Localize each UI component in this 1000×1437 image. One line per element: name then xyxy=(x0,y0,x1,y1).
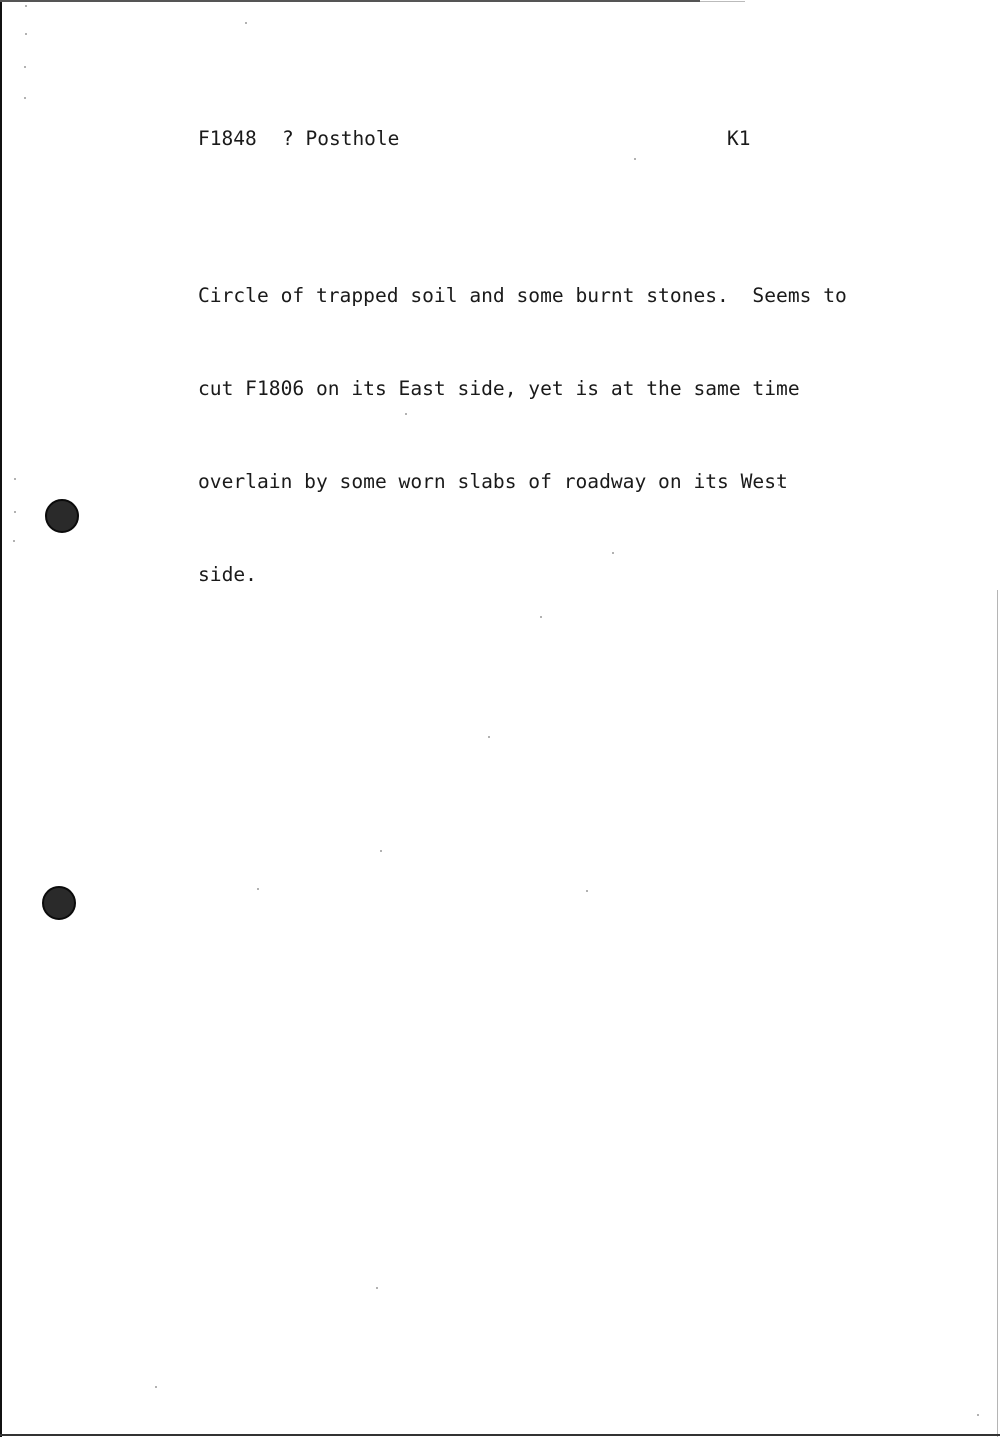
scan-speck xyxy=(25,33,27,35)
scan-edge-left xyxy=(0,0,2,1437)
scan-speck xyxy=(25,5,27,7)
grid-reference: K1 xyxy=(727,126,750,152)
scan-speck xyxy=(155,1386,157,1388)
scan-speck xyxy=(376,1287,378,1289)
scan-speck xyxy=(257,888,259,890)
feature-description: Circle of trapped soil and some burnt st… xyxy=(198,218,898,652)
scan-speck xyxy=(488,736,490,738)
description-line: overlain by some worn slabs of roadway o… xyxy=(198,466,898,497)
scan-speck xyxy=(380,850,382,852)
punch-hole-upper xyxy=(45,499,79,533)
scanned-page: F1848 ? Posthole K1 Circle of trapped so… xyxy=(0,0,1000,1437)
description-line: side. xyxy=(198,559,898,590)
scan-speck xyxy=(24,97,26,99)
punch-hole-lower xyxy=(42,886,76,920)
scan-speck xyxy=(13,540,15,542)
scan-edge-top xyxy=(0,0,700,2)
feature-id: F1848 xyxy=(198,126,257,152)
scan-speck xyxy=(977,1414,979,1416)
description-line: cut F1806 on its East side, yet is at th… xyxy=(198,373,898,404)
scan-speck xyxy=(634,158,636,160)
scan-edge-bottom xyxy=(0,1434,1000,1436)
description-line: Circle of trapped soil and some burnt st… xyxy=(198,280,898,311)
scan-speck xyxy=(24,66,26,68)
scan-speck xyxy=(586,890,588,892)
scan-speck xyxy=(14,478,16,480)
record-header: F1848 ? Posthole K1 xyxy=(198,126,758,152)
feature-type: ? Posthole xyxy=(282,126,399,152)
scan-speck xyxy=(14,511,16,513)
scan-speck xyxy=(245,22,247,24)
scan-edge-top-faint xyxy=(700,1,745,2)
scan-edge-right xyxy=(997,590,998,1437)
